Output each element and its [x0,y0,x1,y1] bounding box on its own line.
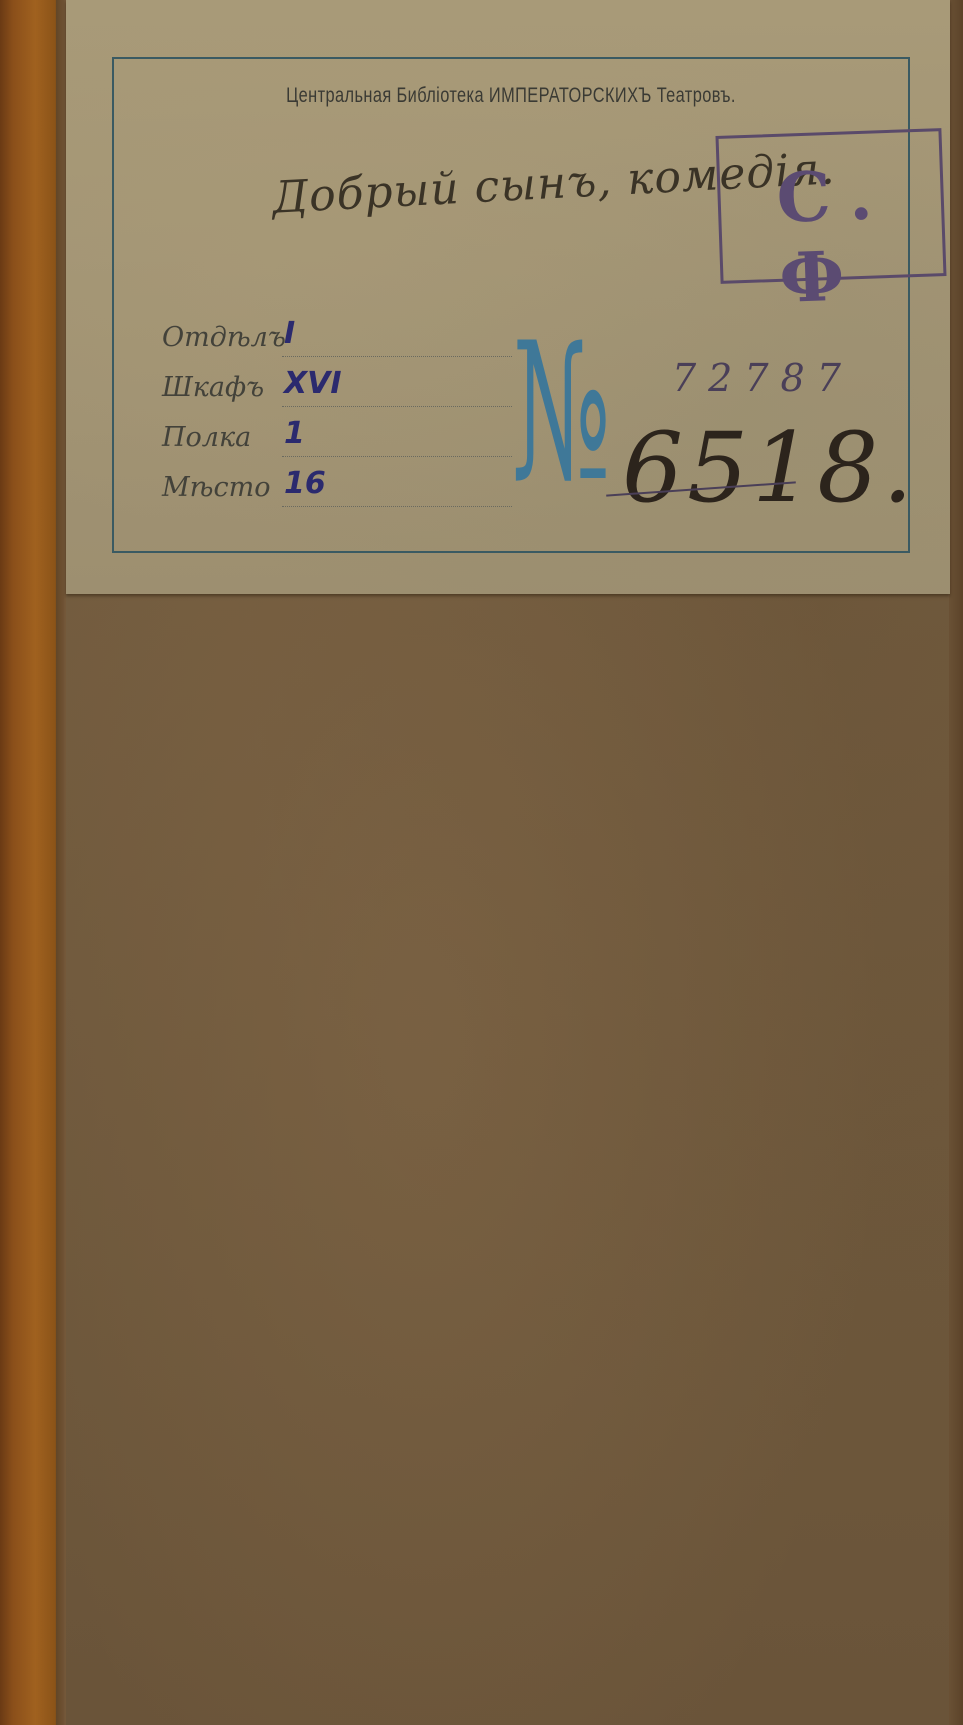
field-shelf: Полка 1 [162,420,512,470]
library-stamp: С. Ф [715,128,946,284]
field-label: Шкафъ [162,372,264,403]
inventory-number-old: 6518. [622,420,917,516]
field-value: 1 [284,416,305,451]
cover-right-edge [949,0,963,1725]
dotted-line [282,356,512,357]
field-cabinet: Шкафъ XVI [162,370,512,420]
field-department: Отдѣлъ I [162,320,512,370]
book-spine [0,0,64,1725]
dotted-line [282,456,512,457]
field-place: Мѣсто 16 [162,470,512,520]
dotted-line [282,406,512,407]
dotted-line [282,506,512,507]
field-label: Отдѣлъ [162,322,286,353]
stamp-text: С. Ф [775,153,944,319]
field-label: Мѣсто [162,472,270,503]
field-value: I [284,316,295,351]
numero-sign: № [512,318,611,508]
inventory-number-new: 72787 [672,356,853,400]
field-label: Полка [162,422,251,453]
shelf-fields: Отдѣлъ I Шкафъ XVI Полка 1 Мѣсто 16 [162,320,512,520]
field-value: XVI [284,366,342,401]
field-value: 16 [284,466,326,501]
library-header: Центральная Библіотека ИМПЕРАТОРСКИХЪ Те… [200,84,822,108]
